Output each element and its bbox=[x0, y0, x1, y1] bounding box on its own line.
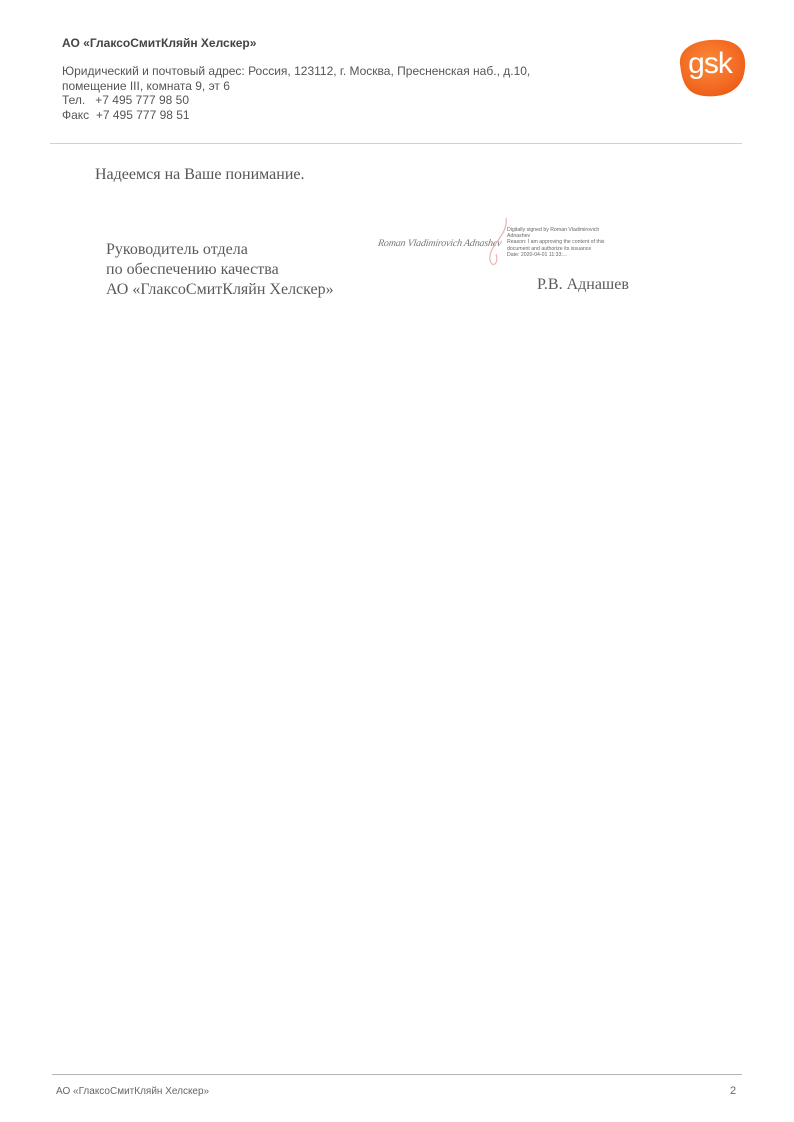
signer-position-line: АО «ГлаксоСмитКляйн Хелскер» bbox=[106, 280, 334, 300]
header-address-block: Юридический и почтовый адрес: Россия, 12… bbox=[62, 64, 530, 122]
header-phone: Тел. +7 495 777 98 50 bbox=[62, 93, 530, 108]
document-page: АО «ГлаксоСмитКляйн Хелскер» Юридический… bbox=[0, 0, 794, 1122]
closing-text: Надеемся на Ваше понимание. bbox=[95, 166, 304, 184]
digital-signature-info: Digitally signed by Roman Vladimirovich … bbox=[507, 227, 627, 258]
signer-position: Руководитель отдела по обеспечению качес… bbox=[106, 240, 334, 300]
signer-position-line: по обеспечению качества bbox=[106, 260, 334, 280]
page-number: 2 bbox=[730, 1085, 736, 1097]
ds-info-line: Date: 2020-04-01 11:33:... bbox=[507, 252, 627, 258]
footer-divider bbox=[52, 1074, 742, 1075]
header-company-name: АО «ГлаксоСмитКляйн Хелскер» bbox=[62, 36, 256, 50]
signer-position-line: Руководитель отдела bbox=[106, 240, 334, 260]
footer-company-name: АО «ГлаксоСмитКляйн Хелскер» bbox=[56, 1086, 209, 1097]
logo-text: gsk bbox=[670, 34, 750, 100]
signer-name: Р.В. Аднашев bbox=[537, 276, 629, 294]
header-address-line: помещение III, комната 9, эт 6 bbox=[62, 79, 530, 94]
header-fax: Факс +7 495 777 98 51 bbox=[62, 108, 530, 123]
header-divider bbox=[50, 143, 742, 144]
header-address-line: Юридический и почтовый адрес: Россия, 12… bbox=[62, 64, 530, 79]
gsk-logo-icon: gsk bbox=[670, 34, 750, 100]
